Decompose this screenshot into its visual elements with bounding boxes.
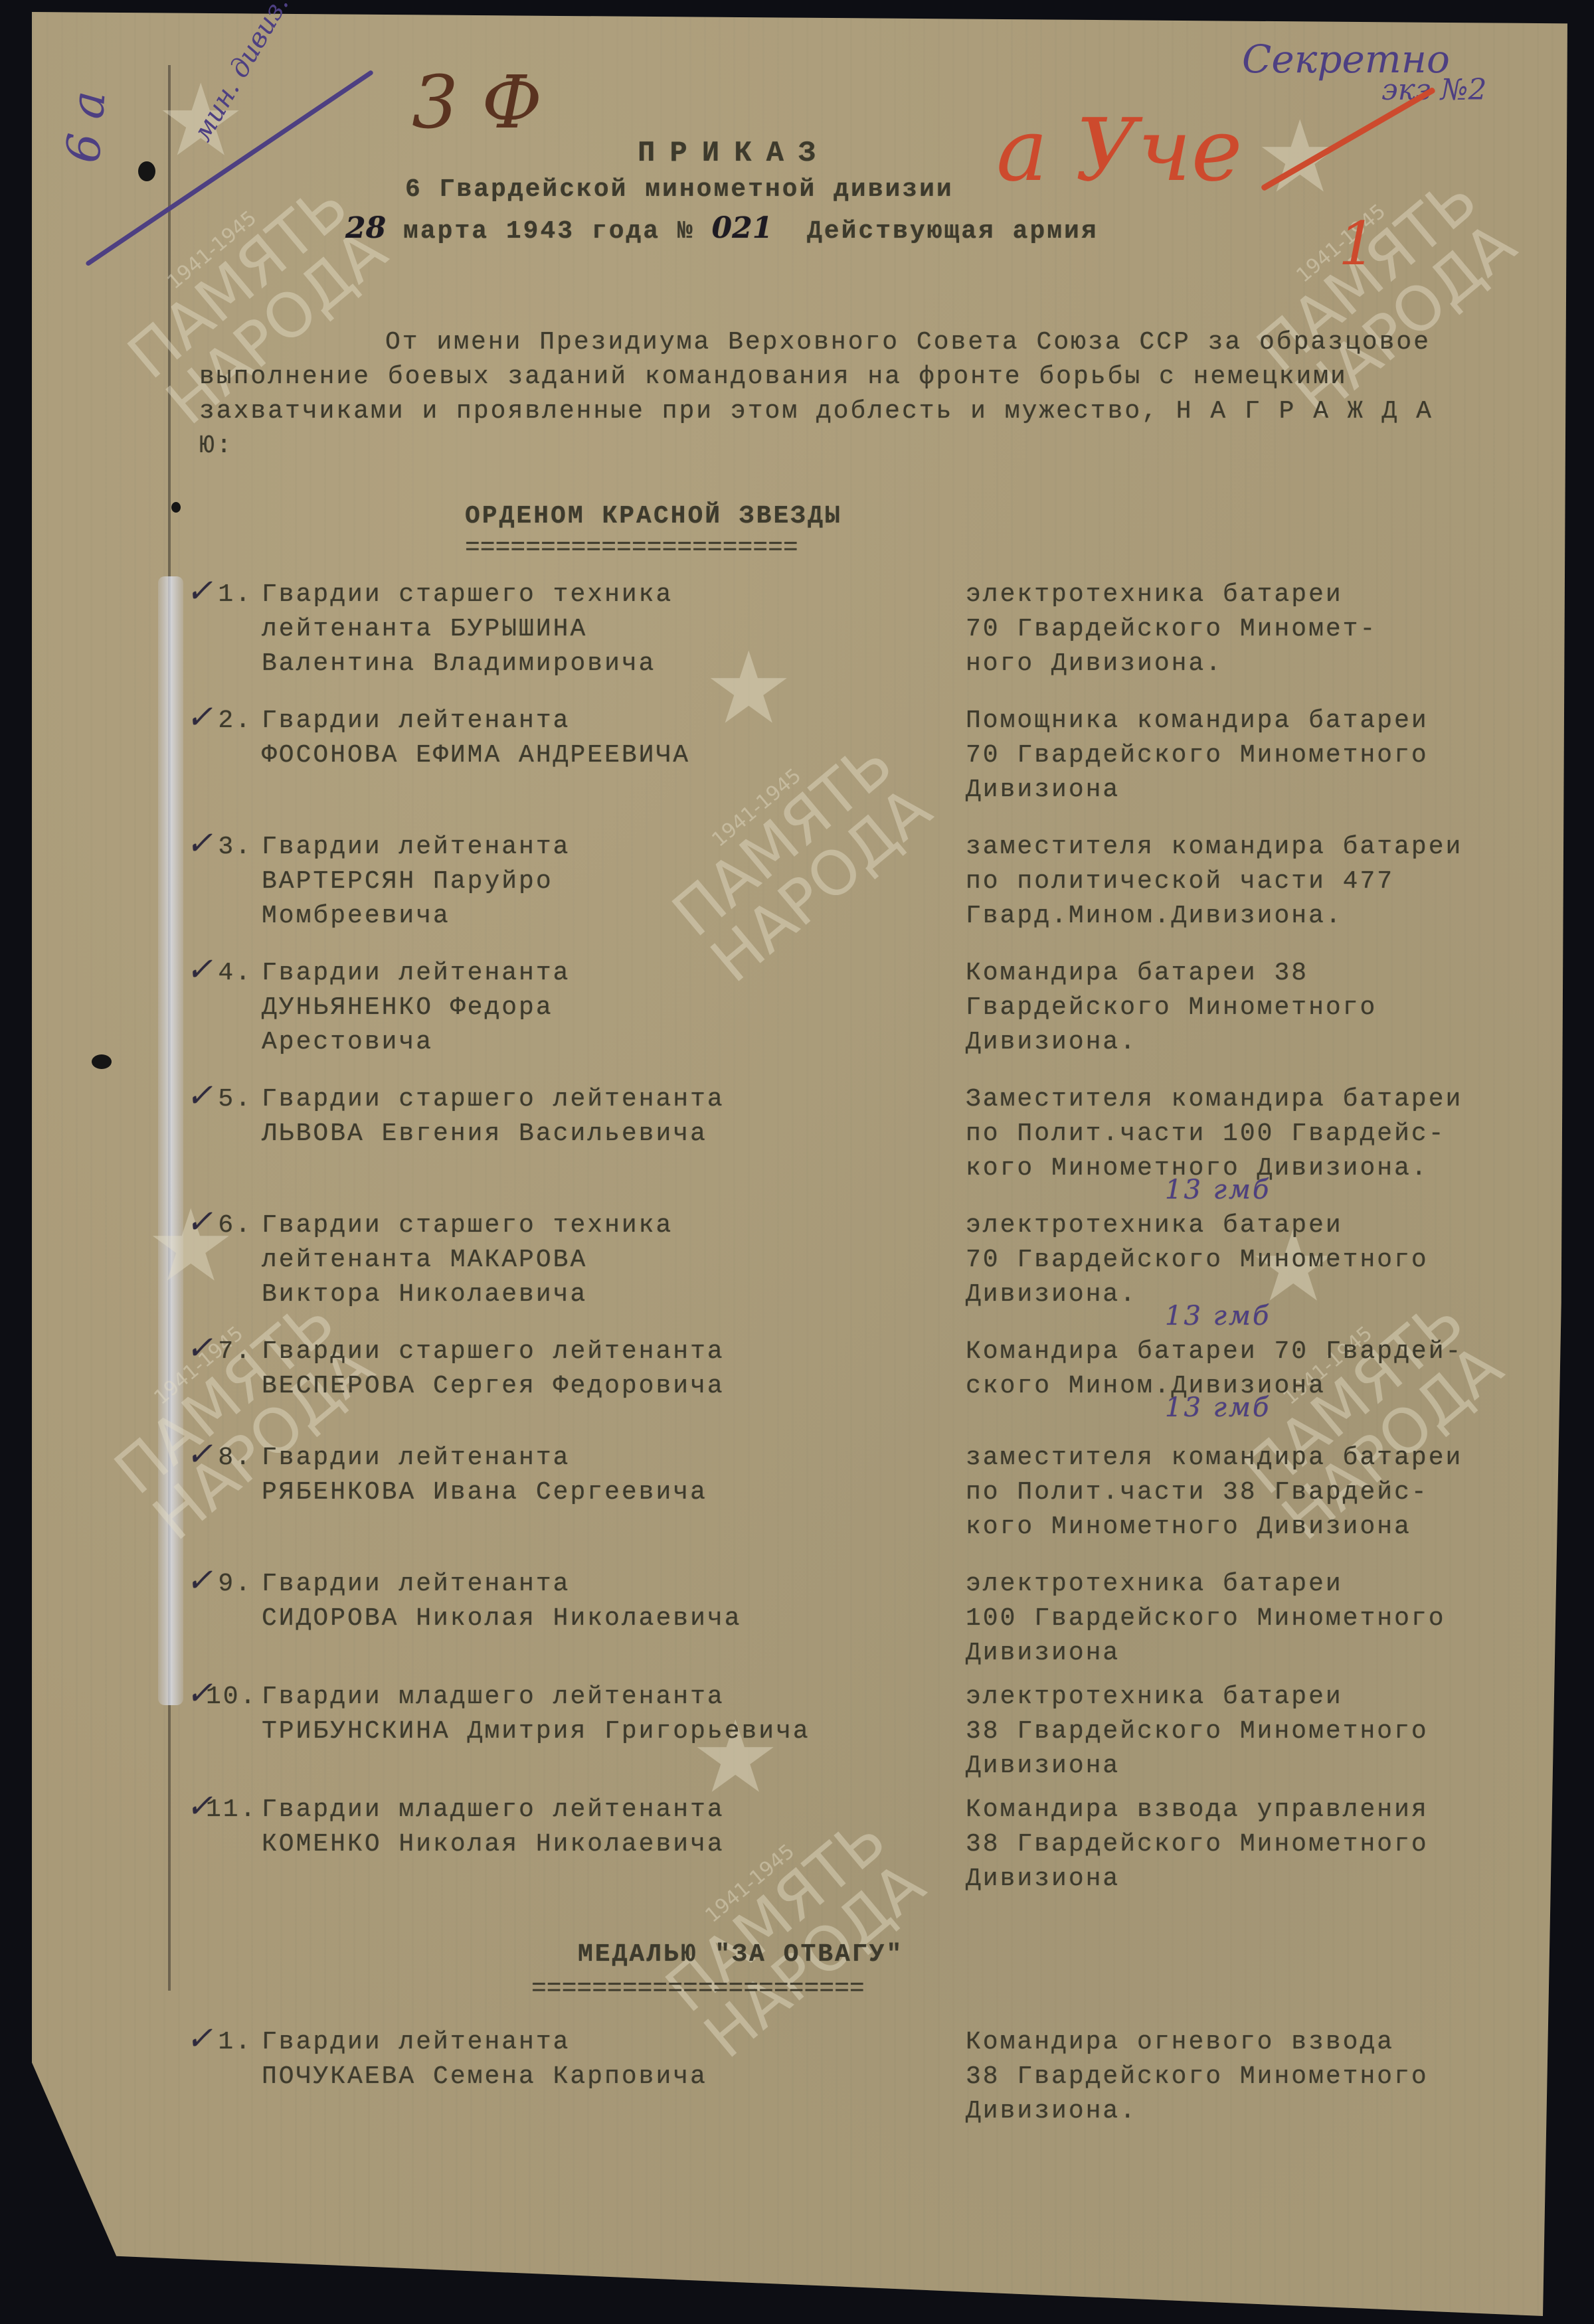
- recipient-block: Гвардии лейтенантаПОЧУКАЕВА Семена Карпо…: [252, 2025, 966, 2129]
- position-line: по Полит.части 100 Гвардейс-: [966, 1117, 1563, 1151]
- award-entry: ✓1.Гвардии лейтенантаПОЧУКАЕВА Семена Ка…: [206, 2025, 1567, 2129]
- position-line: Дивизиона: [966, 1862, 1563, 1896]
- position-line: Гвардейского Минометного: [966, 991, 1563, 1025]
- award-entry: ✓7.Гвардии старшего лейтенантаВЕСПЕРОВА …: [206, 1335, 1567, 1441]
- recipient-block: Гвардии старшего лейтенантаВЕСПЕРОВА Сер…: [252, 1335, 966, 1441]
- recipient-block: Гвардии лейтенантаСИДОРОВА Николая Никол…: [252, 1567, 966, 1671]
- position-block: Заместителя командира батареипо Полит.ча…: [966, 1082, 1563, 1223]
- position-line: Дивизиона: [966, 1749, 1563, 1784]
- position-block: Командира батареи 38Гвардейского Миномет…: [966, 956, 1563, 1060]
- position-line: 70 Гвардейского Минометного: [966, 738, 1563, 773]
- award-entry: ✓1.Гвардии старшего техникалейтенанта БУ…: [206, 578, 1567, 681]
- margin-check-icon: ✓: [186, 826, 215, 861]
- position-line: ного Дивизиона.: [966, 647, 1563, 681]
- margin-check-icon: ✓: [186, 1078, 215, 1113]
- position-block: Командира батареи 70 Гвардей-ского Мином…: [966, 1335, 1563, 1441]
- position-line: 70 Гвардейского Минометного: [966, 1243, 1563, 1278]
- rank: Гвардии младшего лейтенанта: [262, 1793, 966, 1827]
- award-entry: ✓8.Гвардии лейтенантаРЯБЕНКОВА Ивана Сер…: [206, 1441, 1567, 1544]
- margin-check-icon: ✓: [186, 1676, 215, 1710]
- recipient-name: КОМЕНКО Николая Николаевича: [262, 1827, 966, 1862]
- rank: Гвардии старшего лейтенанта: [262, 1082, 966, 1117]
- handwritten-day: 28: [345, 211, 386, 245]
- position-line: Помощника командира батареи: [966, 704, 1563, 738]
- margin-check-icon: ✓: [186, 1331, 215, 1365]
- handwritten-red-resolution: а Уче: [996, 100, 1243, 201]
- margin-check-icon: ✓: [186, 1204, 215, 1239]
- margin-check-icon: ✓: [186, 700, 215, 734]
- position-line: электротехника батареи: [966, 1567, 1563, 1602]
- position-block: электротехника батареи70 Гвардейского Ми…: [966, 1208, 1563, 1349]
- award-entry: ✓5.Гвардии старшего лейтенантаЛЬВОВА Евг…: [206, 1082, 1567, 1223]
- recipient-block: Гвардии лейтенантаФОСОНОВА ЕФИМА АНДРЕЕВ…: [252, 704, 966, 807]
- position-line: 38 Гвардейского Минометного: [966, 2060, 1563, 2094]
- position-line: Гвард.Мином.Дивизиона.: [966, 899, 1563, 934]
- award-entry: ✓3.Гвардии лейтенантаВАРТЕРСЯН ПаруйроМо…: [206, 830, 1567, 934]
- recipient-block: Гвардии лейтенантаРЯБЕНКОВА Ивана Сергее…: [252, 1441, 966, 1544]
- section-rule: ======================: [531, 1972, 865, 2007]
- recipient-name: лейтенанта БУРЫШИНА: [262, 612, 966, 647]
- recipient-block: Гвардии лейтенантаВАРТЕРСЯН ПаруйроМомбр…: [252, 830, 966, 934]
- recipient-name: ВЕСПЕРОВА Сергея Федоровича: [262, 1369, 966, 1404]
- position-line: 38 Гвардейского Минометного: [966, 1714, 1563, 1749]
- watermark-star-icon: ★: [1255, 100, 1344, 215]
- handwritten-order-number: 021: [712, 211, 773, 245]
- position-line: электротехника батареи: [966, 1680, 1563, 1714]
- rank: Гвардии лейтенанта: [262, 1441, 966, 1475]
- position-block: Командира взвода управления38 Гвардейско…: [966, 1793, 1563, 1896]
- recipient-name: РЯБЕНКОВА Ивана Сергеевича: [262, 1475, 966, 1510]
- position-line: Командира взвода управления: [966, 1793, 1563, 1827]
- position-block: заместителя командира батареипо Полит.ча…: [966, 1441, 1563, 1544]
- recipient-name: ПОЧУКАЕВА Семена Карповича: [262, 2060, 966, 2094]
- handwritten-note-left: 6 а: [56, 88, 116, 165]
- position-line: Дивизиона: [966, 1636, 1563, 1671]
- recipient-block: Гвардии лейтенантаДУНЬЯНЕНКО ФедораАрест…: [252, 956, 966, 1060]
- section-heading-for-courage: МЕДАЛЬЮ "ЗА ОТВАГУ": [578, 1938, 903, 1972]
- rank: Гвардии лейтенанта: [262, 830, 966, 865]
- award-entry: ✓9.Гвардии лейтенантаСИДОРОВА Николая Ни…: [206, 1567, 1567, 1671]
- rank: Гвардии старшего техника: [262, 1208, 966, 1243]
- rank: Гвардии лейтенанта: [262, 2025, 966, 2060]
- position-line: электротехника батареи: [966, 1208, 1563, 1243]
- handwritten-note-3f: 3 Ф: [412, 60, 542, 145]
- recipient-name: Виктора Николаевича: [262, 1278, 966, 1312]
- punch-hole: [171, 502, 181, 513]
- recipient-name: ТРИБУНСКИНА Дмитрия Григорьевича: [262, 1714, 966, 1749]
- recipient-name: СИДОРОВА Николая Николаевича: [262, 1602, 966, 1636]
- position-line: Командира огневого взвода: [966, 2025, 1563, 2060]
- margin-check-icon: ✓: [186, 952, 215, 987]
- recipient-block: Гвардии старшего техникалейтенанта МАКАР…: [252, 1208, 966, 1349]
- position-line: по Полит.части 38 Гвардейс-: [966, 1475, 1563, 1510]
- rank: Гвардии лейтенанта: [262, 1567, 966, 1602]
- position-line: 70 Гвардейского Миномет-: [966, 612, 1563, 647]
- position-line: 100 Гвардейского Минометного: [966, 1602, 1563, 1636]
- recipient-block: Гвардии старшего техникалейтенанта БУРЫШ…: [252, 578, 966, 681]
- position-block: электротехника батареи100 Гвардейского М…: [966, 1567, 1563, 1671]
- recipient-name: Арестовича: [262, 1025, 966, 1060]
- punch-hole: [92, 1054, 112, 1069]
- award-entry: ✓2.Гвардии лейтенантаФОСОНОВА ЕФИМА АНДР…: [206, 704, 1567, 807]
- margin-check-icon: ✓: [186, 1789, 215, 1823]
- rank: Гвардии старшего лейтенанта: [262, 1335, 966, 1369]
- rank: Гвардии младшего лейтенанта: [262, 1680, 966, 1714]
- margin-check-icon: ✓: [186, 1563, 215, 1598]
- recipient-name: ЛЬВОВА Евгения Васильевича: [262, 1117, 966, 1151]
- handwritten-red-tick: 1: [1338, 209, 1376, 279]
- position-line: Командира батареи 70 Гвардей-: [966, 1335, 1563, 1369]
- position-line: по политической части 477: [966, 865, 1563, 899]
- position-block: Командира огневого взвода38 Гвардейского…: [966, 2025, 1563, 2129]
- award-entry: ✓11.Гвардии младшего лейтенантаКОМЕНКО Н…: [206, 1793, 1567, 1896]
- preamble: От имени Президиума Верховного Совета Со…: [199, 325, 1461, 463]
- recipient-name: ДУНЬЯНЕНКО Федора: [262, 991, 966, 1025]
- recipient-name: лейтенанта МАКАРОВА: [262, 1243, 966, 1278]
- position-block: Помощника командира батареи70 Гвардейско…: [966, 704, 1563, 807]
- rank: Гвардии лейтенанта: [262, 704, 966, 738]
- rank: Гвардии лейтенанта: [262, 956, 966, 991]
- recipient-block: Гвардии младшего лейтенантаКОМЕНКО Никол…: [252, 1793, 966, 1896]
- punch-hole: [138, 161, 155, 181]
- position-line: Дивизиона.: [966, 2094, 1563, 2129]
- position-line: Командира батареи 38: [966, 956, 1563, 991]
- recipient-name: ФОСОНОВА ЕФИМА АНДРЕЕВИЧА: [262, 738, 966, 773]
- position-block: электротехника батареи38 Гвардейского Ми…: [966, 1680, 1563, 1784]
- location-text: Действующая армия: [807, 217, 1099, 246]
- margin-check-icon: ✓: [186, 2021, 215, 2056]
- position-line: Дивизиона.: [966, 1025, 1563, 1060]
- document-title: ПРИКАЗ: [638, 136, 830, 171]
- position-line: Дивизиона: [966, 773, 1563, 807]
- recipient-name: Валентина Владимировича: [262, 647, 966, 681]
- recipient-block: Гвардии старшего лейтенантаЛЬВОВА Евгени…: [252, 1082, 966, 1223]
- position-line: электротехника батареи: [966, 578, 1563, 612]
- section-rule: ======================: [465, 531, 798, 566]
- order-dateline: 28 марта 1943 года № 021 Действующая арм…: [345, 211, 1099, 249]
- margin-check-icon: ✓: [186, 1437, 215, 1471]
- award-entry: ✓10.Гвардии младшего лейтенантаТРИБУНСКИ…: [206, 1680, 1567, 1784]
- date-text: марта 1943 года №: [403, 217, 695, 246]
- issuing-unit: 6 Гвардейской минометной дивизии: [405, 173, 954, 207]
- recipient-name: Момбреевича: [262, 899, 966, 934]
- position-line: заместителя командира батареи: [966, 1441, 1563, 1475]
- recipient-name: ВАРТЕРСЯН Паруйро: [262, 865, 966, 899]
- award-entry: ✓6.Гвардии старшего техникалейтенанта МА…: [206, 1208, 1567, 1349]
- handwritten-unit-annotation: 13 гмб: [1165, 1301, 1271, 1331]
- section-heading-red-star: ОРДЕНОМ КРАСНОЙ ЗВЕЗДЫ: [465, 499, 842, 534]
- handwritten-unit-annotation: 13 гмб: [1165, 1392, 1271, 1423]
- position-block: заместителя командира батареипо политиче…: [966, 830, 1563, 934]
- handwritten-unit-annotation: 13 гмб: [1165, 1175, 1271, 1205]
- margin-check-icon: ✓: [186, 574, 215, 608]
- award-entry: ✓4.Гвардии лейтенантаДУНЬЯНЕНКО ФедораАр…: [206, 956, 1567, 1060]
- position-block: электротехника батареи70 Гвардейского Ми…: [966, 578, 1563, 681]
- position-line: заместителя командира батареи: [966, 830, 1563, 865]
- position-line: Заместителя командира батареи: [966, 1082, 1563, 1117]
- rank: Гвардии старшего техника: [262, 578, 966, 612]
- position-line: 38 Гвардейского Минометного: [966, 1827, 1563, 1862]
- recipient-block: Гвардии младшего лейтенантаТРИБУНСКИНА Д…: [252, 1680, 966, 1784]
- position-line: кого Минометного Дивизиона: [966, 1510, 1563, 1544]
